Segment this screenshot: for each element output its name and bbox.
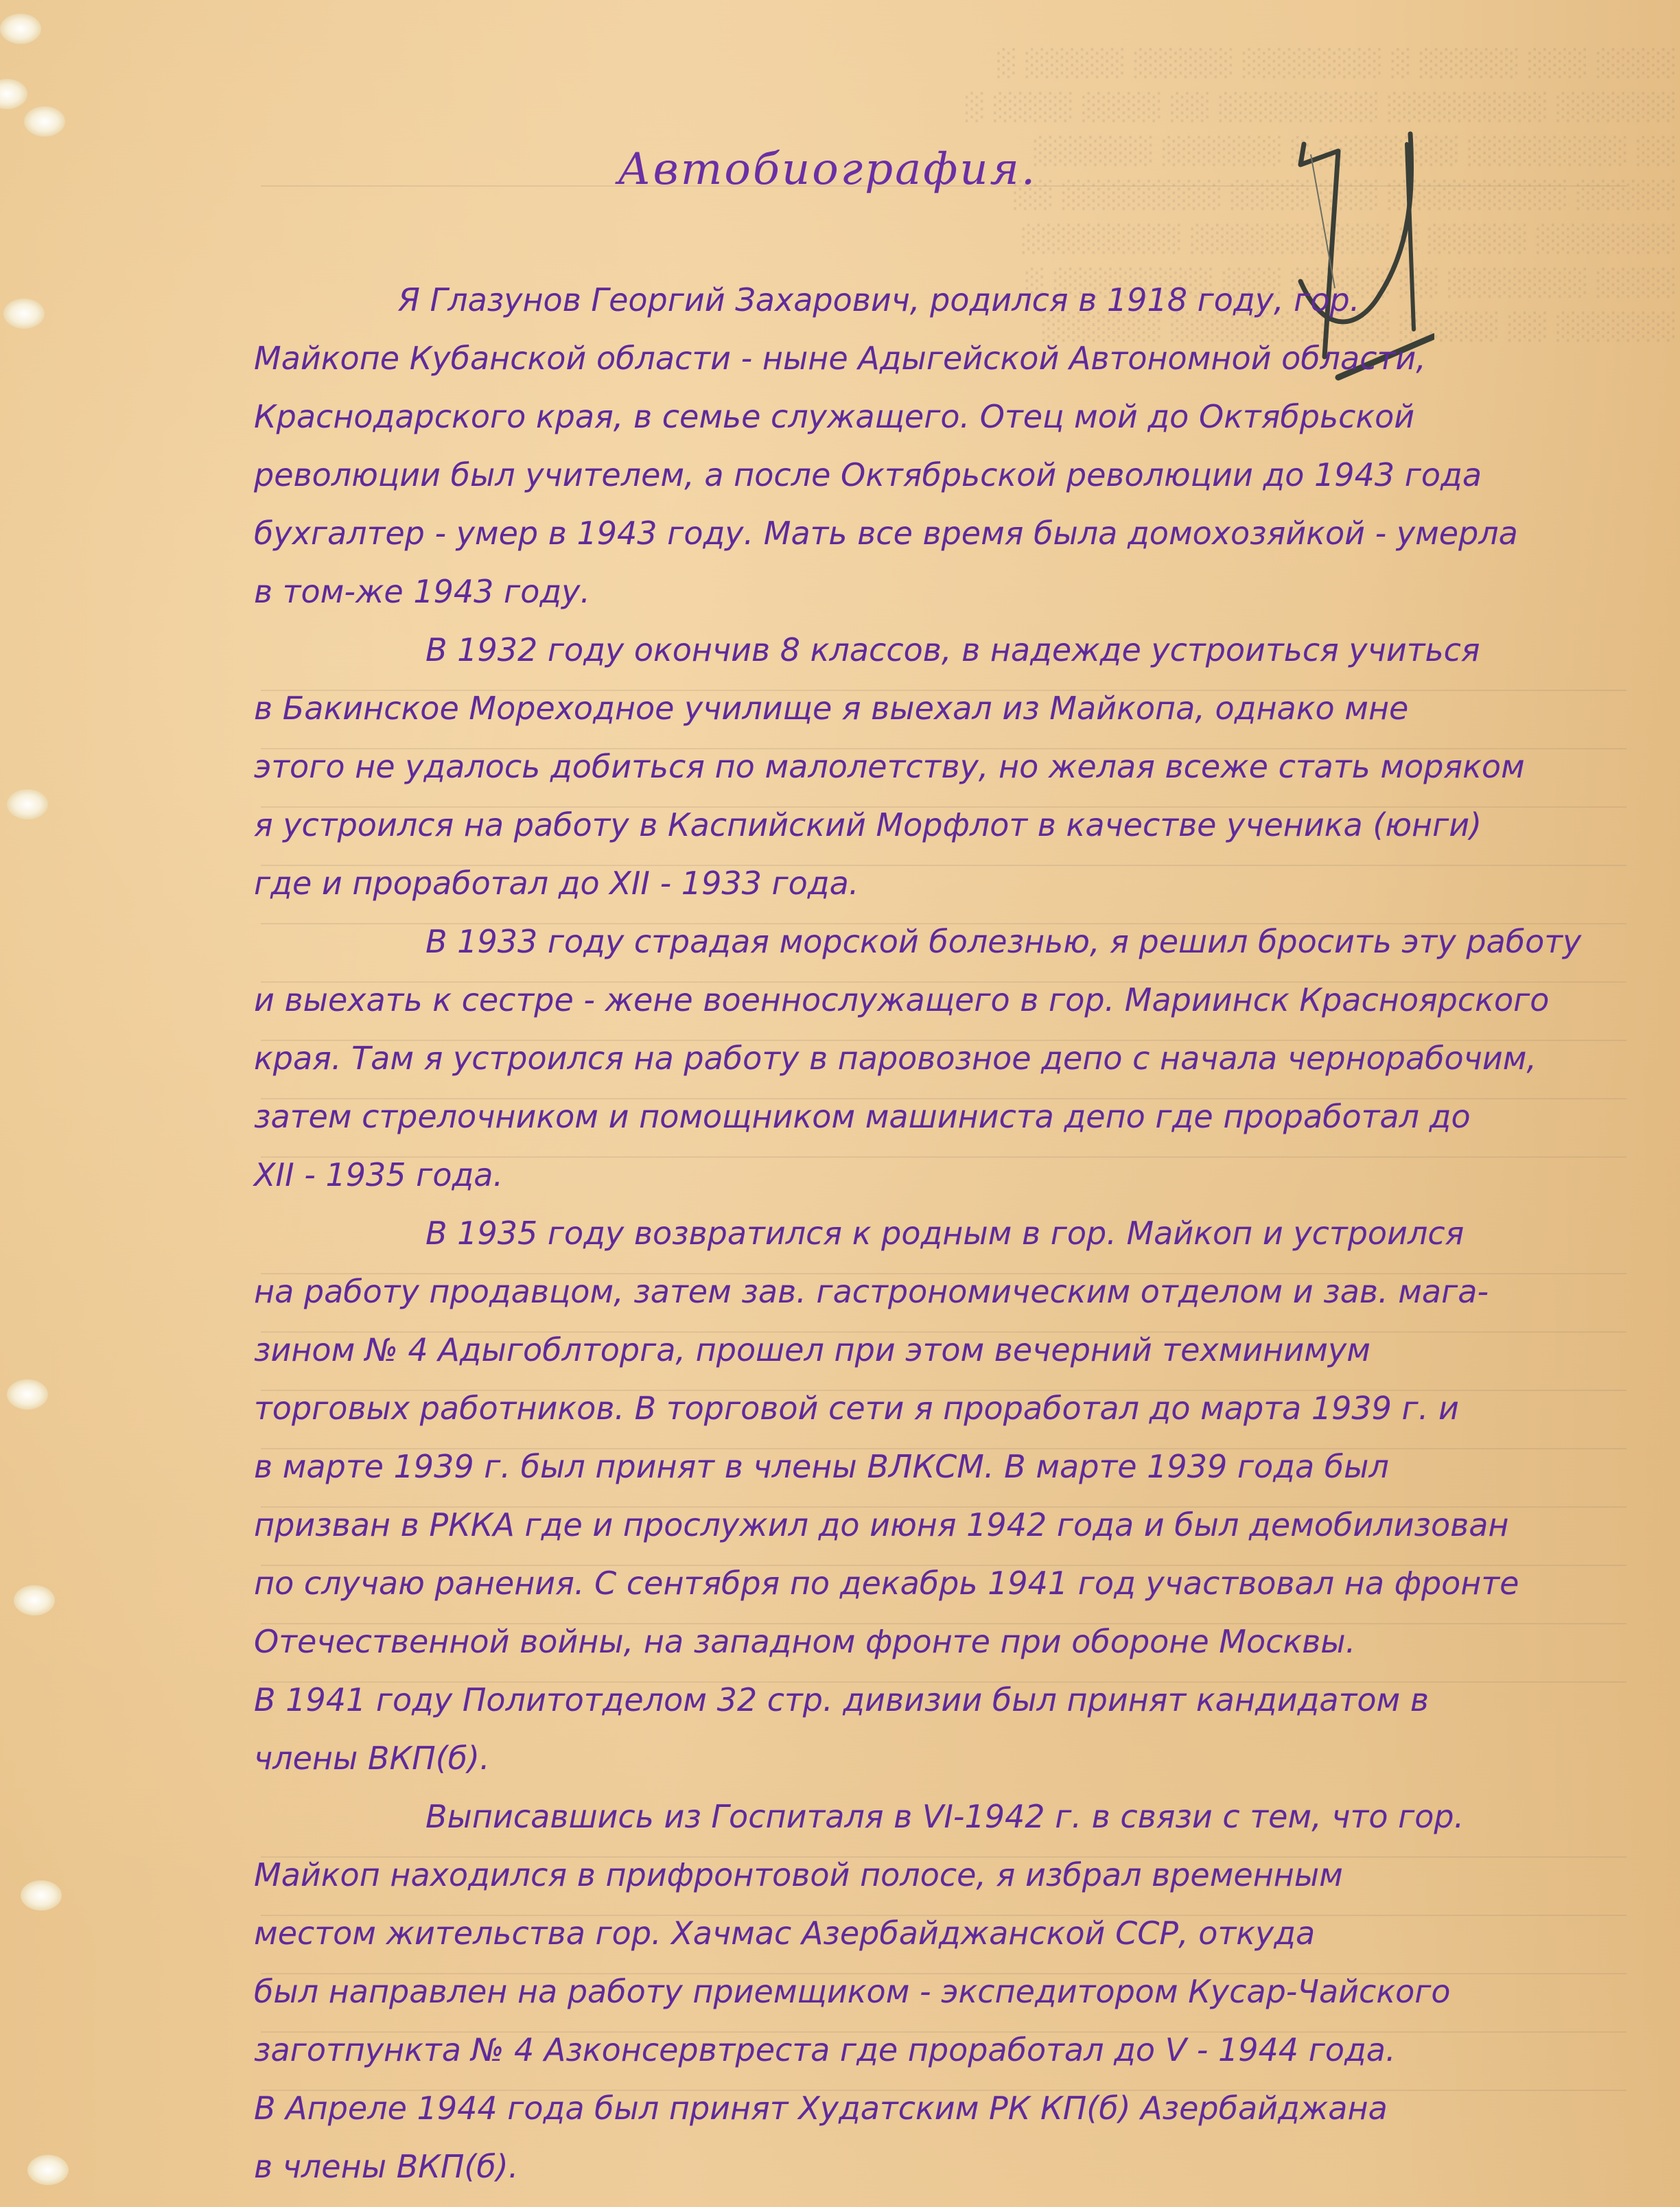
text-line: В 1932 году окончив 8 классов, в надежде…	[254, 621, 1661, 679]
binder-hole	[3, 299, 45, 329]
text-line: края. Там я устроился на работу в парово…	[254, 1029, 1661, 1088]
text-line: В 1933 году страдая морской болезнью, я …	[254, 913, 1661, 971]
text-line: в марте 1939 г. был принят в члены ВЛКСМ…	[254, 1438, 1661, 1496]
binder-hole	[24, 106, 65, 137]
text-line: затем стрелочником и помощником машинист…	[254, 1088, 1661, 1146]
text-line: в том-же 1943 году.	[254, 563, 1661, 621]
binder-hole	[7, 789, 48, 819]
text-line: Я Глазунов Георгий Захарович, родился в …	[254, 271, 1661, 329]
text-line: я устроился на работу в Каспийский Морфл…	[254, 796, 1661, 854]
text-line: по случаю ранения. С сентября по декабрь…	[254, 1554, 1661, 1613]
text-line: В 1941 году Политотделом 32 стр. дивизии…	[254, 1671, 1661, 1729]
text-line: призван в РККА где и прослужил до июня 1…	[254, 1496, 1661, 1554]
text-line: Майкопе Кубанской области - ныне Адыгейс…	[254, 329, 1661, 388]
binder-hole	[21, 1880, 62, 1911]
text-line: зином № 4 Адыгоблторга, прошел при этом …	[254, 1321, 1661, 1379]
text-line: и выехать к сестре - жене военнослужащег…	[254, 971, 1661, 1029]
document-title: Автобиография.	[618, 144, 1037, 195]
text-line: Выписавшись из Госпиталя в VI-1942 г. в …	[254, 1788, 1661, 1846]
text-line: бухгалтер - умер в 1943 году. Мать все в…	[254, 504, 1661, 563]
document-page: ░░░░ ░░░ ░░░░░ ░ ░░░░░░░ ░░░░░ ░░░░░ ░░░…	[0, 0, 1680, 2207]
binder-hole	[27, 2155, 69, 2185]
text-line: торговых работников. В торговой сети я п…	[254, 1379, 1661, 1438]
text-line: этого не удалось добиться по малолетству…	[254, 738, 1661, 796]
text-line: Отечественной войны, на западном фронте …	[254, 1613, 1661, 1671]
text-line: где и проработал до XII - 1933 года.	[254, 854, 1661, 913]
text-line: Майкоп находился в прифронтовой полосе, …	[254, 1846, 1661, 1904]
text-line: XII - 1935 года.	[254, 1146, 1661, 1204]
text-line: В Апреле 1944 года был принят Худатским …	[254, 2079, 1661, 2138]
text-line: Краснодарского края, в семье служащего. …	[254, 388, 1661, 446]
binder-hole	[0, 14, 41, 44]
text-line: на работу продавцом, затем зав. гастроно…	[254, 1263, 1661, 1321]
binder-hole	[7, 1379, 48, 1410]
text-line: был направлен на работу приемщиком - экс…	[254, 1963, 1661, 2021]
autobiography-body: Я Глазунов Георгий Захарович, родился в …	[254, 271, 1661, 2196]
text-line: заготпункта № 4 Азконсервтреста где прор…	[254, 2021, 1661, 2079]
binder-hole	[14, 1585, 55, 1615]
text-line: в Бакинское Мореходное училище я выехал …	[254, 679, 1661, 738]
binder-hole	[0, 79, 27, 109]
text-line: В 1935 году возвратился к родным в гор. …	[254, 1204, 1661, 1263]
text-line: члены ВКП(б).	[254, 1729, 1661, 1788]
text-line: в члены ВКП(б).	[254, 2138, 1661, 2196]
text-line: революции был учителем, а после Октябрьс…	[254, 446, 1661, 504]
text-line: местом жительства гор. Хачмас Азербайджа…	[254, 1904, 1661, 1963]
